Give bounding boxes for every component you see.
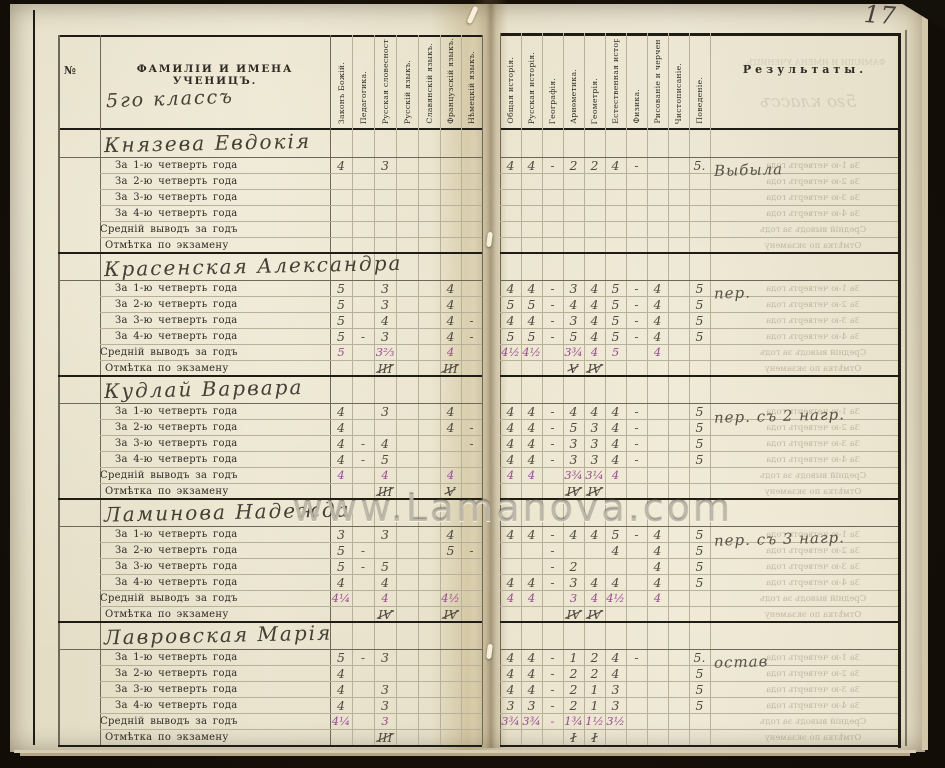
grid-line-horizontal xyxy=(58,745,482,747)
exam-roman-numeral: III xyxy=(378,730,393,745)
grade-cell: - xyxy=(352,327,374,345)
bleed-through-header: ФАМИЛІИ И ИМЕНА УЧЕНИЦЪ. xyxy=(735,58,895,67)
subject-label: Общая исторія. xyxy=(506,57,515,124)
grid-line-horizontal xyxy=(500,205,898,206)
grid-line-horizontal xyxy=(58,403,482,404)
subject-label: Французскій языкъ. xyxy=(446,39,455,124)
grid-line-horizontal xyxy=(500,483,898,484)
grid-line-horizontal xyxy=(500,221,898,222)
exam-roman-numeral: IV xyxy=(378,607,392,622)
grid-line-horizontal xyxy=(100,221,482,222)
grade-cell: 5 xyxy=(330,343,352,361)
grade-cell: 5 xyxy=(689,696,710,714)
grade-cell: 4 xyxy=(605,156,626,174)
row-label: За 3-ю четверть года xyxy=(115,438,238,449)
grade-cell: 5 xyxy=(605,343,626,361)
grid-line-horizontal xyxy=(100,681,482,682)
subject-label: Геометрія. xyxy=(590,78,599,124)
bleed-through-row-label: За 4-ю четверть года xyxy=(738,455,888,465)
grade-cell: I xyxy=(563,728,584,746)
exam-roman-numeral: V xyxy=(569,361,578,376)
grid-line-horizontal xyxy=(100,205,482,206)
grade-cell: 3¾ xyxy=(521,712,542,730)
class-label: 5го классъ xyxy=(106,86,235,112)
bleed-through-row-label: Отмѣтка по экзамену xyxy=(738,364,888,374)
grid-line-vertical xyxy=(689,33,690,745)
grade-cell: 3¾ xyxy=(500,712,521,730)
row-label: Средній выводъ за годъ xyxy=(100,593,238,604)
grade-cell: - xyxy=(626,156,647,174)
bleed-through-row-label: За 3-ю четверть года xyxy=(738,562,888,572)
grid-line-vertical xyxy=(482,35,483,745)
grid-line-horizontal xyxy=(100,713,482,714)
grade-cell: 4 xyxy=(521,156,542,174)
grade-cell: - xyxy=(461,434,482,452)
column-header-names: ФАМИЛІИ И ИМЕНА УЧЕНИЦЪ. xyxy=(100,63,330,87)
grid-line-vertical xyxy=(33,10,35,745)
row-label: За 2-ю четверть года xyxy=(115,176,238,187)
grid-line-horizontal xyxy=(100,606,482,607)
page-stack-edge xyxy=(20,753,910,756)
grade-cell: - xyxy=(542,450,563,468)
grade-cell: 5 xyxy=(689,450,710,468)
grade-cell: 4½ xyxy=(521,343,542,361)
grade-cell: 4½ xyxy=(605,589,626,607)
row-label: За 2-ю четверть года xyxy=(115,668,238,679)
exam-roman-numeral: IV xyxy=(588,607,602,622)
bleed-through-row-label: За 2-ю четверть года xyxy=(738,669,888,679)
bleed-through-row-label: За 3-ю четверть года xyxy=(738,193,888,203)
grid-line-horizontal xyxy=(58,649,482,650)
grade-cell: 4 xyxy=(440,418,461,436)
bleed-through-row-label: За 1-ю четверть года xyxy=(738,407,888,417)
row-label: За 2-ю четверть года xyxy=(115,545,238,556)
grid-line-vertical xyxy=(500,33,501,745)
exam-roman-numeral: I xyxy=(592,730,597,745)
grade-cell: 4 xyxy=(605,466,626,484)
page-number: 17 xyxy=(863,0,897,30)
bleed-through-row-label: За 1-ю четверть года xyxy=(738,284,888,294)
grade-cell: III xyxy=(374,728,396,746)
bleed-through-row-label: За 4-ю четверть года xyxy=(738,578,888,588)
grid-line-vertical xyxy=(396,35,397,745)
subject-column-left-1: Педагогика. xyxy=(352,39,374,124)
row-label: За 1-ю четверть года xyxy=(115,283,238,294)
grid-line-horizontal xyxy=(500,33,898,36)
grade-cell: - xyxy=(352,557,374,575)
row-label: Средній выводъ за годъ xyxy=(100,347,238,358)
grid-line-horizontal xyxy=(100,173,482,174)
subject-column-right-7: Рисованіе и черченіе. xyxy=(647,39,668,124)
grid-line-vertical xyxy=(100,35,101,745)
subject-column-left-2: Русская словесность. xyxy=(374,39,396,124)
subject-column-right-8: Чистописаніе. xyxy=(668,39,689,124)
grid-line-horizontal xyxy=(500,621,898,623)
grid-line-horizontal xyxy=(100,328,482,329)
grid-line-vertical xyxy=(626,33,627,745)
grade-cell: 2 xyxy=(563,156,584,174)
bleed-through-row-label: За 1-ю четверть года xyxy=(738,653,888,663)
grid-line-horizontal xyxy=(500,375,898,377)
subject-label: Чистописаніе. xyxy=(674,63,683,124)
grade-cell: - xyxy=(626,327,647,345)
row-label: За 1-ю четверть года xyxy=(115,529,238,540)
bleed-through-class-label: 5го классъ xyxy=(760,92,857,112)
subject-label: Русскій языкъ. xyxy=(403,60,412,124)
row-label: За 4-ю четверть года xyxy=(115,700,238,711)
student-name: Кудлай Варвара xyxy=(104,375,304,403)
grid-line-horizontal xyxy=(500,237,898,238)
grade-cell: - xyxy=(461,541,482,559)
exam-roman-numeral: III xyxy=(443,361,458,376)
row-label: Отмѣтка по экзамену xyxy=(105,732,229,743)
grade-cell: 4 xyxy=(500,466,521,484)
bleed-through-row-label: За 4-ю четверть года xyxy=(738,332,888,342)
subject-column-right-5: Естественная исторія. xyxy=(605,39,626,124)
subject-label: Русская исторія. xyxy=(527,52,536,124)
row-label: За 2-ю четверть года xyxy=(115,299,238,310)
bleed-through-row-label: Отмѣтка по экзамену xyxy=(738,610,888,620)
subject-column-right-3: Ариѳметика. xyxy=(563,39,584,124)
grid-line-vertical xyxy=(374,35,375,745)
subject-label: Русская словесность. xyxy=(381,39,390,124)
page-edge-line xyxy=(905,30,907,746)
grade-cell: 4 xyxy=(330,156,352,174)
grade-cell: 4 xyxy=(647,343,668,361)
bleed-through-row-label: За 2-ю четверть года xyxy=(738,300,888,310)
subject-column-right-2: Географія. xyxy=(542,39,563,124)
grid-line-horizontal xyxy=(100,296,482,297)
bleed-through-row-label: Средній выводъ за годъ xyxy=(738,348,888,358)
row-label: За 4-ю четверть года xyxy=(115,331,238,342)
exam-roman-numeral: IV xyxy=(588,361,602,376)
grade-cell: - xyxy=(542,327,563,345)
subject-column-right-9: Поведеніе. xyxy=(689,39,710,124)
grade-cell: 5. xyxy=(689,156,710,174)
student-name: Лавровская Марія xyxy=(104,621,333,650)
grid-line-horizontal xyxy=(58,157,482,158)
grid-line-vertical xyxy=(710,33,711,745)
bleed-through-row-label: За 3-ю четверть года xyxy=(738,685,888,695)
grid-line-vertical xyxy=(605,33,606,745)
grid-line-horizontal xyxy=(100,451,482,452)
grade-cell: 5 xyxy=(689,327,710,345)
row-label: За 3-ю четверть года xyxy=(115,192,238,203)
grade-cell: 4 xyxy=(521,589,542,607)
grid-line-horizontal xyxy=(100,542,482,543)
grade-cell: 5 xyxy=(440,541,461,559)
grade-cell: 2 xyxy=(584,156,605,174)
grid-line-vertical xyxy=(352,35,353,745)
row-label: За 3-ю четверть года xyxy=(115,561,238,572)
grid-line-vertical xyxy=(521,33,522,745)
row-label: За 4-ю четверть года xyxy=(115,577,238,588)
row-label: За 3-ю четверть года xyxy=(115,315,238,326)
row-label: Отмѣтка по экзамену xyxy=(105,486,229,497)
row-label: Отмѣтка по экзамену xyxy=(105,609,229,620)
grid-line-horizontal xyxy=(100,558,482,559)
bleed-through-row-label: Средній выводъ за годъ xyxy=(738,594,888,604)
row-label: Отмѣтка по экзамену xyxy=(105,240,229,251)
grid-line-horizontal xyxy=(500,745,898,747)
exam-roman-numeral: I xyxy=(571,730,576,745)
grade-cell: - xyxy=(626,648,647,666)
bleed-through-row-label: За 2-ю четверть года xyxy=(738,546,888,556)
grid-line-horizontal xyxy=(100,435,482,436)
subject-label: Ариѳметика. xyxy=(569,69,578,124)
grid-line-horizontal xyxy=(100,697,482,698)
grade-cell: - xyxy=(542,573,563,591)
row-label: За 1-ю четверть года xyxy=(115,160,238,171)
grid-line-vertical xyxy=(898,33,901,748)
grid-line-horizontal xyxy=(500,360,898,361)
grid-line-horizontal xyxy=(100,419,482,420)
grid-line-horizontal xyxy=(500,252,898,254)
bleed-through-row-label: За 3-ю четверть года xyxy=(738,439,888,449)
grid-line-horizontal xyxy=(500,128,898,130)
bleed-through-row-label: За 1-ю четверть года xyxy=(738,161,888,171)
ledger-scan: Законъ Божій.Педагогика.Русская словесно… xyxy=(0,0,945,768)
bleed-through-row-label: За 3-ю четверть года xyxy=(738,316,888,326)
grid-line-horizontal xyxy=(100,483,482,484)
grade-cell: - xyxy=(626,450,647,468)
subject-label: Поведеніе. xyxy=(695,77,704,124)
row-label: За 3-ю четверть года xyxy=(115,684,238,695)
subject-column-left-6: Нѣмецкій языкъ. xyxy=(461,39,482,124)
grid-line-vertical xyxy=(461,35,462,745)
exam-roman-numeral: III xyxy=(378,361,393,376)
grade-cell: 4 xyxy=(500,589,521,607)
subject-label: Славянскій языкъ. xyxy=(425,43,434,124)
grid-line-horizontal xyxy=(100,590,482,591)
grade-cell: - xyxy=(352,450,374,468)
subject-column-left-3: Русскій языкъ. xyxy=(396,39,418,124)
grade-cell: - xyxy=(352,648,374,666)
bleed-through-row-label: За 1-ю четверть года xyxy=(738,530,888,540)
grid-line-horizontal xyxy=(100,189,482,190)
bleed-through-row-label: Отмѣтка по экзамену xyxy=(738,487,888,497)
subject-label: Рисованіе и черченіе. xyxy=(653,39,662,124)
grade-cell: 4 xyxy=(500,156,521,174)
bleed-through-row-label: За 4-ю четверть года xyxy=(738,209,888,219)
exam-roman-numeral: IV xyxy=(567,607,581,622)
grid-line-horizontal xyxy=(100,467,482,468)
row-label: За 4-ю четверть года xyxy=(115,454,238,465)
row-label: Средній выводъ за годъ xyxy=(100,716,238,727)
subject-column-left-0: Законъ Божій. xyxy=(330,39,352,124)
row-label: За 1-ю четверть года xyxy=(115,652,238,663)
grid-line-horizontal xyxy=(100,729,482,730)
student-name: Князева Евдокія xyxy=(104,129,312,157)
grid-line-horizontal xyxy=(100,344,482,345)
bleed-through-row-label: За 2-ю четверть года xyxy=(738,423,888,433)
grade-cell: I xyxy=(584,728,605,746)
subject-label: Географія. xyxy=(548,78,557,124)
row-label: За 2-ю четверть года xyxy=(115,422,238,433)
grid-line-vertical xyxy=(440,35,441,745)
grade-cell: 3 xyxy=(374,648,396,666)
bleed-through-row-label: Средній выводъ за годъ xyxy=(738,471,888,481)
watermark: www.Lamanova.com xyxy=(292,486,733,530)
row-label: За 4-ю четверть года xyxy=(115,208,238,219)
subject-column-right-0: Общая исторія. xyxy=(500,39,521,124)
grade-cell: 4¼ xyxy=(330,589,352,607)
grade-cell: 3 xyxy=(374,402,396,420)
row-label: Средній выводъ за годъ xyxy=(100,224,238,235)
grid-line-vertical xyxy=(647,33,648,745)
grade-cell: 4 xyxy=(330,466,352,484)
grade-cell: - xyxy=(542,156,563,174)
grid-line-horizontal xyxy=(500,189,898,190)
grid-line-vertical xyxy=(58,35,60,745)
row-label: За 1-ю четверть года xyxy=(115,406,238,417)
grid-line-horizontal xyxy=(100,574,482,575)
subject-column-right-1: Русская исторія. xyxy=(521,39,542,124)
grid-line-vertical xyxy=(668,33,669,745)
grid-line-horizontal xyxy=(58,280,482,281)
bleed-through-row-label: Средній выводъ за годъ xyxy=(738,225,888,235)
subject-column-left-4: Славянскій языкъ. xyxy=(418,39,440,124)
bleed-through-row-label: Отмѣтка по экзамену xyxy=(738,733,888,743)
subject-label: Нѣмецкій языкъ. xyxy=(467,51,476,124)
subject-column-right-6: Физика. xyxy=(626,39,647,124)
grid-line-horizontal xyxy=(100,237,482,238)
grade-cell: - xyxy=(542,712,563,730)
grade-cell: 4 xyxy=(647,589,668,607)
bleed-through-row-label: За 4-ю четверть года xyxy=(738,701,888,711)
bleed-through-row-label: Средній выводъ за годъ xyxy=(738,717,888,727)
column-header-number: № xyxy=(64,64,76,77)
bleed-through-row-label: Отмѣтка по экзамену xyxy=(738,241,888,251)
row-label: Отмѣтка по экзамену xyxy=(105,363,229,374)
subject-column-left-5: Французскій языкъ. xyxy=(440,39,461,124)
grid-line-vertical xyxy=(584,33,585,745)
grid-line-vertical xyxy=(418,35,419,745)
grade-cell: 5 xyxy=(689,573,710,591)
row-label: Средній выводъ за годъ xyxy=(100,470,238,481)
grade-cell: - xyxy=(461,327,482,345)
subject-label: Естественная исторія. xyxy=(611,39,620,124)
grid-line-vertical xyxy=(563,33,564,745)
subject-label: Педагогика. xyxy=(359,71,368,124)
grid-line-vertical xyxy=(542,33,543,745)
grade-cell: 4 xyxy=(521,466,542,484)
grid-line-horizontal xyxy=(500,606,898,607)
grid-line-horizontal xyxy=(100,312,482,313)
exam-roman-numeral: IV xyxy=(444,607,458,622)
subject-label: Законъ Божій. xyxy=(337,62,346,124)
grade-cell: 3½ xyxy=(605,712,626,730)
page-stack-edge xyxy=(922,10,928,750)
grade-cell: 4½ xyxy=(500,343,521,361)
bleed-through-row-label: За 2-ю четверть года xyxy=(738,177,888,187)
subject-column-right-4: Геометрія. xyxy=(584,39,605,124)
grade-cell: 3 xyxy=(374,156,396,174)
subject-label: Физика. xyxy=(632,89,641,124)
grid-line-horizontal xyxy=(100,665,482,666)
grid-line-horizontal xyxy=(100,360,482,361)
grade-cell: 4¼ xyxy=(330,712,352,730)
grade-cell: 4 xyxy=(605,541,626,559)
